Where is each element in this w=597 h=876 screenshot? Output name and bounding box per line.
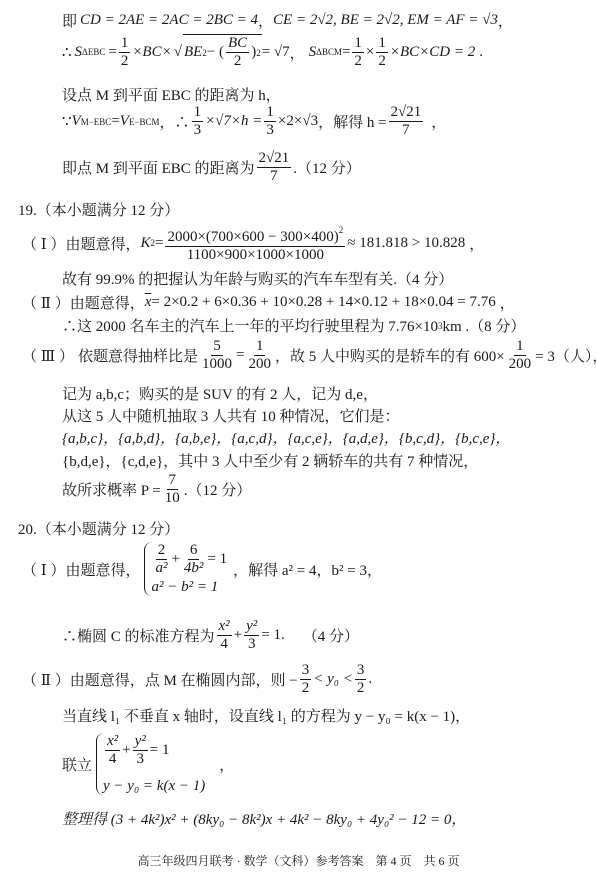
denominator: 3 — [134, 751, 146, 768]
fraction: 2√217 — [257, 150, 292, 185]
numerator: 5 — [211, 338, 223, 356]
text: ， — [498, 10, 513, 31]
because-symbol: ∵ — [62, 112, 72, 131]
q19-part3-line5: {b,d,e}，{c,d,e}，其中 3 人中至少有 2 辆轿车的共有 7 种情… — [62, 450, 478, 471]
text: . — [368, 671, 372, 688]
math-var: K — [140, 235, 150, 252]
text: ， — [258, 10, 273, 31]
text: 即 — [62, 10, 77, 31]
numerator: 1 — [192, 104, 204, 122]
text: ，∴ — [160, 111, 190, 132]
fraction: 12 — [352, 35, 364, 70]
numerator: 1 — [514, 338, 526, 356]
fraction: 13 — [264, 104, 276, 139]
fraction: x²4 — [105, 733, 120, 768]
text: 由题意得， — [70, 292, 145, 313]
q19-part3: （ Ⅲ ） 依题意得抽样比是 51000 = 1200 ，故 5 人中购买的是轿… — [22, 338, 597, 373]
text: 从这 5 人中随机抽取 3 人共有 10 种情况，它们是： — [62, 405, 400, 426]
part-label: （ Ⅰ ） — [22, 233, 65, 254]
text: × — [366, 44, 374, 61]
numerator: 7 — [167, 472, 179, 490]
text: = — [111, 113, 119, 130]
numerator: 2 — [156, 542, 168, 560]
math-expr: = 2×0.2 + 6×0.36 + 10×0.28 + 14×0.12 + 1… — [151, 294, 495, 311]
q20-header: 20.（本小题满分 12 分） — [18, 518, 179, 539]
numerator: 2000×(700×600 − 300×400)2 — [165, 222, 345, 247]
fraction: 64b² — [182, 542, 206, 577]
fraction: 12 — [376, 35, 388, 70]
fraction: y²3 — [244, 618, 259, 653]
text: 故有 99.9% 的把握认为年龄与购买的汽车车型有关.（4 分） — [62, 268, 453, 289]
text: ∴这 2000 名车主的汽车上一年的平均行驶里程为 7.76×10 — [62, 315, 438, 336]
text: ， — [219, 754, 234, 775]
q19-part3-line2: 记为 a,b,c；购买的是 SUV 的有 2 人，记为 d,e， — [62, 383, 378, 404]
page-footer: 高三年级四月联考 · 数学（文科）参考答案 第 4 页 共 6 页 — [0, 852, 597, 869]
math-var: S — [75, 44, 83, 61]
denominator: a² — [153, 560, 169, 577]
text: 当直线 l₁ 不垂直 x 轴时，设直线 l₁ 的方程为 y − y₀ = k(x… — [62, 705, 470, 726]
numerator: y² — [133, 733, 148, 751]
fraction: 2000×(700×600 − 300×400)21100×900×1000×1… — [165, 222, 345, 264]
text: ， — [469, 233, 484, 254]
subscript: E−BCM — [129, 117, 160, 127]
denominator: 2 — [119, 53, 131, 70]
denominator: 3 — [192, 122, 204, 139]
part-label: （ Ⅱ ） — [22, 669, 70, 690]
score-text: .（12 分） — [184, 479, 252, 500]
subscript: ΔBCM — [316, 47, 342, 57]
part-label: （ Ⅲ ） — [22, 345, 74, 366]
math-expr: ≈ 181.818 > 10.828 — [347, 235, 465, 252]
q18-line-5: 即点 M 到平面 EBC 的距离为 2√217 .（12 分） — [62, 150, 361, 185]
text: 由题意得， — [65, 233, 140, 254]
denominator: 2 — [355, 680, 367, 697]
text: 依题意得抽样比是 — [78, 345, 198, 366]
fraction: 12 — [119, 35, 131, 70]
numerator: 2√21 — [389, 104, 424, 122]
q18-line-1: 即 CD = 2AE = 2AC = 2BC = 4 ， CE = 2√2, B… — [62, 10, 513, 31]
denominator: 7 — [400, 122, 412, 139]
text: + — [234, 627, 242, 644]
text: = 1 — [150, 742, 170, 759]
math-var: x — [145, 294, 152, 311]
math-var: V — [72, 113, 81, 130]
text: = — [108, 44, 116, 61]
score-text: （4 分） — [303, 625, 359, 646]
denominator: 10 — [163, 490, 182, 507]
math-var: V — [120, 113, 129, 130]
subscript: ΔEBC — [82, 47, 105, 57]
numerator: 6 — [188, 542, 200, 560]
q19-part1-conclusion: 故有 99.9% 的把握认为年龄与购买的汽车车型有关.（4 分） — [62, 268, 453, 289]
text: − ( — [207, 44, 224, 61]
text: 记为 a,b,c；购买的是 SUV 的有 2 人，记为 d,e， — [62, 383, 378, 404]
subscript: M−EBC — [81, 117, 112, 127]
denominator: 7 — [268, 168, 280, 185]
denominator: 2 — [232, 53, 244, 70]
math-expr: ×2×√3 — [278, 113, 318, 130]
numerator: x² — [217, 618, 232, 636]
part-label: （ Ⅰ ） — [22, 559, 65, 580]
q20-part1: （ Ⅰ ） 由题意得， 2a² + 64b² = 1 a² − b² = 1 ，… — [22, 542, 382, 596]
numerator-text: 2000×(700×600 − 300×400) — [167, 229, 338, 245]
q19-part1: （ Ⅰ ） 由题意得， K2 = 2000×(700×600 − 300×400… — [22, 222, 484, 264]
text: 设点 M 到平面 EBC 的距离为 h， — [62, 84, 281, 105]
text: 联立 — [62, 754, 92, 775]
fraction: 51000 — [200, 338, 234, 373]
q18-line-4: ∵ VM−EBC = VE−BCM ，∴ 13 ×√7×h = 13 ×2×√3… — [62, 104, 446, 139]
fraction: 32 — [355, 662, 367, 697]
text: 即点 M 到平面 EBC 的距离为 — [62, 157, 255, 178]
fraction: y²3 — [133, 733, 148, 768]
fraction: 32 — [300, 662, 312, 697]
math-var: S — [309, 44, 317, 61]
fraction: x²4 — [217, 618, 232, 653]
denominator: 3 — [246, 636, 258, 653]
question-header: 20.（本小题满分 12 分） — [18, 518, 179, 539]
text: 故所求概率 P = — [62, 479, 161, 500]
numerator: 1 — [119, 35, 131, 53]
q19-part3-line4: {a,b,c}，{a,b,d}，{a,b,e}，{a,c,d}，{a,c,e}，… — [62, 427, 510, 448]
numerator: 2√21 — [257, 150, 292, 168]
math-expr: y − y₀ = k(x − 1) — [103, 778, 205, 795]
q18-line-2: ∴ SΔEBC = 12 ×BC× √ BE2 − ( BC2 )2 = √7 … — [62, 34, 483, 70]
q18-line-3: 设点 M 到平面 EBC 的距离为 h， — [62, 84, 281, 105]
fraction: BC2 — [226, 35, 249, 70]
q20-part2-final: 整理得 (3 + 4k²)x² + (8ky₀ − 8k²)x + 4k² − … — [62, 808, 466, 829]
fraction: 2a² — [153, 542, 169, 577]
q19-part2: （ Ⅱ ） 由题意得， x = 2×0.2 + 6×0.36 + 10×0.28… — [22, 292, 515, 313]
denominator: 1100×900×1000×1000 — [185, 247, 326, 264]
q19-header: 19.（本小题满分 12 分） — [18, 199, 179, 220]
math-expr: BE — [184, 44, 202, 61]
set-list: {a,b,c}，{a,b,d}，{a,b,e}，{a,c,d}，{a,c,e}，… — [62, 427, 510, 448]
part-label: （ Ⅱ ） — [22, 292, 70, 313]
text: {b,d,e}，{c,d,e}，其中 3 人中至少有 2 辆轿车的共有 7 种情… — [62, 450, 478, 471]
numerator: y² — [244, 618, 259, 636]
denominator: 200 — [507, 356, 534, 373]
fraction: 13 — [192, 104, 204, 139]
denominator: 4 — [218, 636, 230, 653]
q20-part2-line2: 当直线 l₁ 不垂直 x 轴时，设直线 l₁ 的方程为 y − y₀ = k(x… — [62, 705, 470, 726]
math-expr: ×BC× — [132, 44, 171, 61]
q19-part2-conclusion: ∴这 2000 名车主的汽车上一年的平均行驶里程为 7.76×103 km .（… — [62, 315, 525, 336]
text: . — [479, 44, 483, 61]
text: 由题意得， — [65, 559, 140, 580]
radical-icon: √ — [174, 44, 182, 61]
text: ，解得 h = — [318, 111, 386, 132]
text: = 1. — [261, 627, 284, 644]
equation-system: 2a² + 64b² = 1 a² − b² = 1 — [144, 542, 227, 596]
sqrt-body: BE2 − ( BC2 )2 — [183, 34, 262, 70]
text: = — [342, 44, 350, 61]
text: 由题意得，点 M 在椭圆内部，则 − — [70, 669, 298, 690]
math-expr: 整理得 (3 + 4k²)x² + (8ky₀ − 8k²)x + 4k² − … — [62, 808, 466, 829]
text: + — [122, 742, 130, 759]
q20-part2: （ Ⅱ ） 由题意得，点 M 在椭圆内部，则 − 32 < y₀ < 32 . — [22, 662, 372, 697]
denominator: 200 — [246, 356, 273, 373]
text: + — [171, 551, 179, 568]
text: ∴椭圆 C 的标准方程为 — [62, 625, 215, 646]
numerator: 1 — [254, 338, 266, 356]
text: = — [236, 347, 244, 364]
denominator: 1000 — [200, 356, 234, 373]
math-expr: CD = 2AE = 2AC = 2BC = 4 — [80, 12, 258, 29]
q20-part1-std: ∴椭圆 C 的标准方程为 x²4 + y²3 = 1. （4 分） — [62, 618, 359, 653]
text: = 3（人）， — [535, 345, 597, 366]
text: ， — [500, 292, 515, 313]
numerator: 3 — [355, 662, 367, 680]
numerator: 3 — [300, 662, 312, 680]
therefore-symbol: ∴ — [62, 43, 72, 62]
math-expr: a² − b² = 1 — [151, 579, 218, 596]
math-expr: ×BC×CD = 2 — [390, 44, 475, 61]
fraction: 710 — [163, 472, 182, 507]
text: ， — [290, 42, 305, 63]
equation-system: x²4 + y²3 = 1 y − y₀ = k(x − 1) — [96, 733, 205, 795]
numerator: BC — [226, 35, 249, 53]
fraction: 1200 — [246, 338, 273, 373]
q19-part3-line3: 从这 5 人中随机抽取 3 人共有 10 种情况，它们是： — [62, 405, 400, 426]
denominator: 4 — [107, 751, 119, 768]
fraction: 1200 — [507, 338, 534, 373]
denominator: 2 — [300, 680, 312, 697]
q20-part2-system: 联立 x²4 + y²3 = 1 y − y₀ = k(x − 1) ， — [62, 733, 234, 795]
math-expr: CE = 2√2, BE = 2√2, EM = AF = √3 — [273, 12, 498, 29]
q19-part3-prob: 故所求概率 P = 710 .（12 分） — [62, 472, 251, 507]
numerator: x² — [105, 733, 120, 751]
text: km .（8 分） — [442, 315, 525, 336]
score-text: .（12 分） — [293, 157, 361, 178]
fraction: 2√217 — [389, 104, 424, 139]
math-expr: < y₀ < — [313, 671, 353, 688]
question-header: 19.（本小题满分 12 分） — [18, 199, 179, 220]
math-expr: = √7 — [262, 44, 290, 61]
text: = — [155, 235, 163, 252]
math-expr: ×√7×h = — [205, 113, 262, 130]
text: ，解得 a² = 4，b² = 3， — [233, 559, 382, 580]
denominator: 4b² — [182, 560, 206, 577]
text: ， — [431, 111, 446, 132]
text: = 1 — [207, 551, 227, 568]
text: ，故 5 人中购买的是轿车的有 600× — [275, 345, 505, 366]
